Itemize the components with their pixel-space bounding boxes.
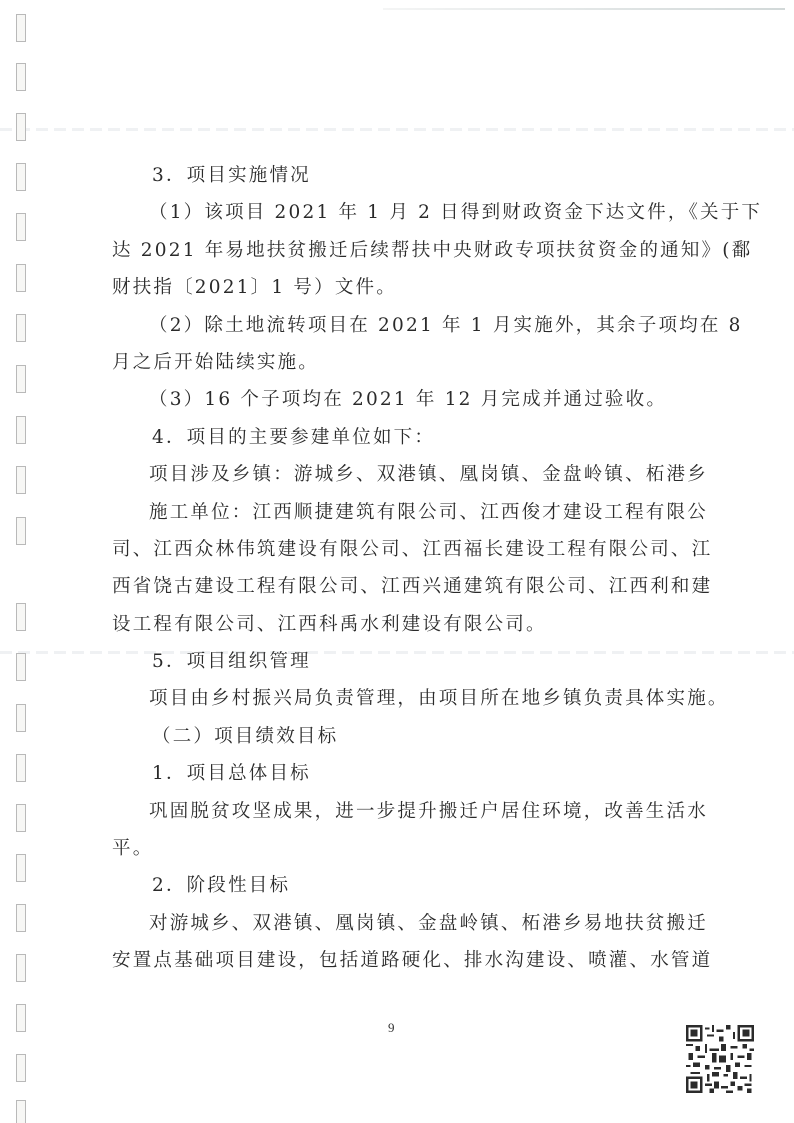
- binding-hole: [16, 1054, 26, 1082]
- paragraph-line: 安置点基础项目建设，包括道路硬化、排水沟建设、喷灌、水管道: [112, 942, 684, 979]
- binding-hole: [16, 466, 26, 494]
- section-heading: 1．项目总体目标: [112, 755, 684, 792]
- binding-hole: [16, 517, 26, 545]
- section-heading: （二）项目绩效目标: [112, 718, 684, 755]
- binding-hole: [16, 854, 26, 882]
- paragraph-line: 达 2021 年易地扶贫搬迁后续帮扶中央财政专项扶贫资金的通知》(鄱: [112, 232, 684, 269]
- binding-hole: [16, 704, 26, 732]
- paragraph-line: 项目由乡村振兴局负责管理，由项目所在地乡镇负责具体实施。: [112, 680, 684, 717]
- scan-artifact-line: [383, 8, 785, 10]
- paragraph-line: 施工单位：江西顺捷建筑有限公司、江西俊才建设工程有限公: [112, 494, 684, 531]
- binding-hole: [16, 264, 26, 292]
- paragraph-line: 对游城乡、双港镇、凰岗镇、金盘岭镇、柘港乡易地扶贫搬迁: [112, 905, 684, 942]
- binding-hole: [16, 63, 26, 91]
- binding-hole: [16, 653, 26, 681]
- binding-hole: [16, 804, 26, 832]
- paragraph-line: 司、江西众林伟筑建设有限公司、江西福长建设工程有限公司、江: [112, 531, 684, 568]
- binding-hole: [16, 365, 26, 393]
- binding-hole: [16, 416, 26, 444]
- binding-hole: [16, 954, 26, 982]
- section-heading: 2．阶段性目标: [112, 867, 684, 904]
- binding-hole: [16, 1100, 26, 1123]
- paragraph-line: 财扶指〔2021〕1 号）文件。: [112, 269, 684, 306]
- paragraph-line: 西省饶古建设工程有限公司、江西兴通建筑有限公司、江西利和建: [112, 568, 684, 605]
- binding-hole: [16, 754, 26, 782]
- paragraph-line: 巩固脱贫攻坚成果，进一步提升搬迁户居住环境，改善生活水: [112, 793, 684, 830]
- binding-hole: [16, 904, 26, 932]
- document-body: 3．项目实施情况 （1）该项目 2021 年 1 月 2 日得到财政资金下达文件…: [112, 157, 684, 980]
- binding-hole: [16, 163, 26, 191]
- binding-hole: [16, 603, 26, 631]
- qr-code-icon: [685, 1025, 755, 1093]
- paragraph-line: （2）除土地流转项目在 2021 年 1 月实施外，其余子项均在 8: [112, 307, 684, 344]
- binding-hole: [16, 14, 26, 42]
- section-heading: 3．项目实施情况: [112, 157, 684, 194]
- page-number: 9: [388, 1020, 395, 1036]
- paragraph-line: 平。: [112, 830, 684, 867]
- paragraph-line: 项目涉及乡镇：游城乡、双港镇、凰岗镇、金盘岭镇、柘港乡: [112, 456, 684, 493]
- paragraph-line: 月之后开始陆续实施。: [112, 344, 684, 381]
- binding-hole: [16, 213, 26, 241]
- section-heading: 5．项目组织管理: [112, 643, 684, 680]
- paragraph-line: （3）16 个子项均在 2021 年 12 月完成并通过验收。: [112, 381, 684, 418]
- binding-hole: [16, 1004, 26, 1032]
- binding-hole: [16, 314, 26, 342]
- section-heading: 4．项目的主要参建单位如下：: [112, 419, 684, 456]
- paragraph-line: （1）该项目 2021 年 1 月 2 日得到财政资金下达文件，《关于下: [112, 194, 684, 231]
- paragraph-line: 设工程有限公司、江西科禹水利建设有限公司。: [112, 606, 684, 643]
- binding-hole: [16, 113, 26, 141]
- scan-artifact-band: [0, 128, 794, 131]
